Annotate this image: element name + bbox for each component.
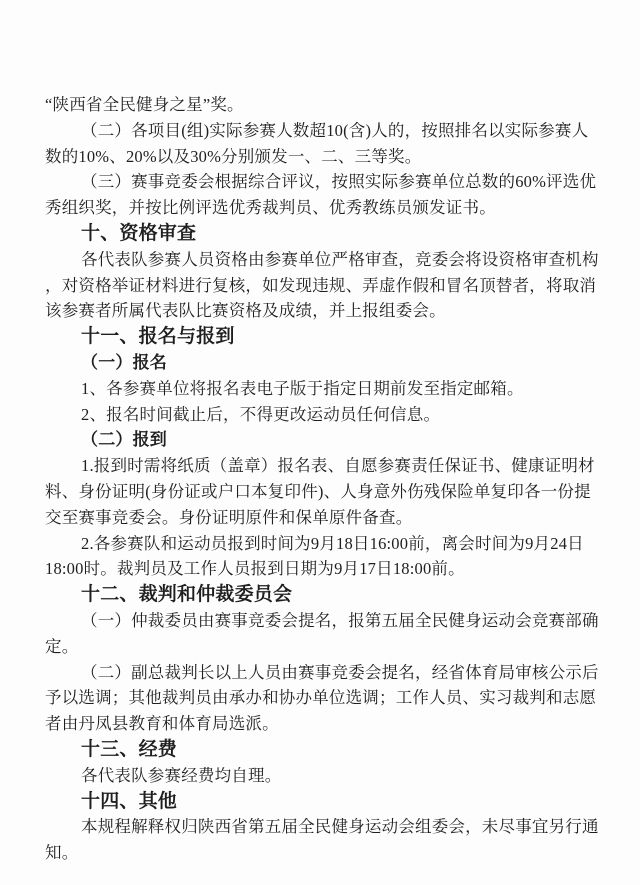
doc-line-funding-1: 各代表队参赛经费均自理。 <box>45 763 600 789</box>
doc-line-item2-awards: （二）各项目(组)实际参赛人数超10(含)人的，按照排名以实际参赛人 <box>45 118 600 144</box>
subheading-signup: （一）报名 <box>45 350 600 376</box>
heading-section-14-other: 十四、其他 <box>45 789 600 815</box>
document-page: “陕西省全民健身之星”奖。 （二）各项目(组)实际参赛人数超10(含)人的，按照… <box>0 0 640 885</box>
doc-line-award-name: “陕西省全民健身之星”奖。 <box>45 92 600 118</box>
doc-line-qualification-2: ，对资格举证材料进行复核，如发现违规、弄虚作假和冒名顶替者，将取消 <box>45 273 600 299</box>
doc-line-signup-2: 2、报名时间截止后，不得更改运动员任何信息。 <box>45 402 600 428</box>
doc-line-checkin-2a: 2.各参赛队和运动员报到时间为9月18日16:00前，离会时间为9月24日 <box>45 531 600 557</box>
doc-line-referee-2c: 者由丹凤县教育和体育局选派。 <box>45 711 600 737</box>
doc-line-signup-1: 1、各参赛单位将报名表电子版于指定日期前发至指定邮箱。 <box>45 376 600 402</box>
heading-section-13-funding: 十三、经费 <box>45 737 600 763</box>
heading-section-12-referee-arbitration: 十二、裁判和仲裁委员会 <box>45 582 600 608</box>
document-body: “陕西省全民健身之星”奖。 （二）各项目(组)实际参赛人数超10(含)人的，按照… <box>45 92 600 866</box>
doc-line-checkin-1c: 交至赛事竞委会。身份证明原件和保单原件备查。 <box>45 505 600 531</box>
doc-line-arbitration-1b: 定。 <box>45 634 600 660</box>
heading-section-10-qualification: 十、资格审查 <box>45 221 600 247</box>
doc-line-checkin-1a: 1.报到时需将纸质（盖章）报名表、自愿参赛责任保证书、健康证明材 <box>45 453 600 479</box>
doc-line-qualification-3: 该参赛者所属代表队比赛资格及成绩，并上报组委会。 <box>45 298 600 324</box>
doc-line-checkin-1b: 料、身份证明(身份证或户口本复印件)、人身意外伤残保险单复印各一份提 <box>45 479 600 505</box>
doc-line-checkin-2b: 18:00时。裁判员及工作人员报到日期为9月17日18:00前。 <box>45 556 600 582</box>
doc-line-other-1b: 知。 <box>45 840 600 866</box>
subheading-checkin: （二）报到 <box>45 427 600 453</box>
doc-line-item3-cont: 秀组织奖，并按比例评选优秀裁判员、优秀教练员颁发证书。 <box>45 195 600 221</box>
doc-line-qualification-1: 各代表队参赛人员资格由参赛单位严格审查，竞委会将设资格审查机构 <box>45 247 600 273</box>
doc-line-item3-org-award: （三）赛事竞委会根据综合评议，按照实际参赛单位总数的60%评选优 <box>45 169 600 195</box>
doc-line-arbitration-1a: （一）仲裁委员由赛事竞委会提名，报第五届全民健身运动会竞赛部确 <box>45 608 600 634</box>
doc-line-referee-2b: 予以选调；其他裁判员由承办和协办单位选调；工作人员、实习裁判和志愿 <box>45 685 600 711</box>
doc-line-referee-2a: （二）副总裁判长以上人员由赛事竞委会提名，经省体育局审核公示后 <box>45 660 600 686</box>
doc-line-other-1a: 本规程解释权归陕西省第五届全民健身运动会组委会，未尽事宜另行通 <box>45 814 600 840</box>
doc-line-item2-awards-cont: 数的10%、20%以及30%分别颁发一、二、三等奖。 <box>45 144 600 170</box>
heading-section-11-registration: 十一、报名与报到 <box>45 324 600 350</box>
